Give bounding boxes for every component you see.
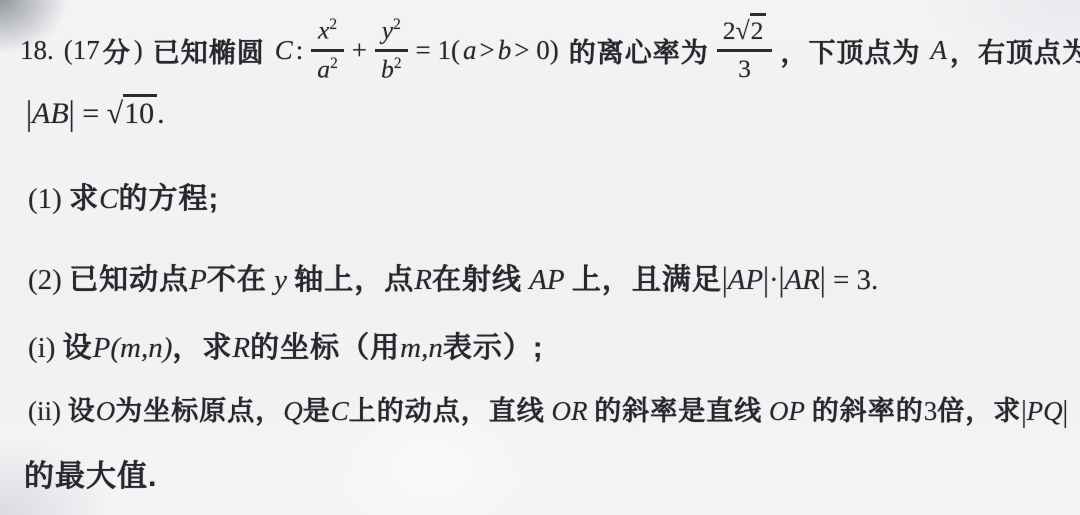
text-let: 设 xyxy=(63,332,93,364)
var-C: C xyxy=(275,35,293,66)
text-satisfies: 上，且满足 xyxy=(572,264,722,296)
text-eccentricity: 的离心率为 xyxy=(569,31,709,70)
text-lower-vertex: ，下顶点为 xyxy=(780,31,920,70)
period: . xyxy=(157,97,165,130)
var-a: a xyxy=(463,35,477,66)
abs-bar: | xyxy=(1063,394,1068,430)
text-right-vertex: ，右顶点为 xyxy=(950,31,1080,70)
max-value-line: 的最大值. xyxy=(24,451,157,495)
text-slope-is: 的斜率是直线 xyxy=(594,396,762,426)
equals-three: = 3. xyxy=(833,264,878,296)
segment-AP: AP xyxy=(529,264,564,296)
text-axis-point: 轴上，点 xyxy=(294,264,414,296)
var-P: P xyxy=(189,264,207,296)
var-b: b xyxy=(498,35,512,66)
part-1-label: (1) xyxy=(28,183,62,215)
fraction-y2-b2: y2 b2 xyxy=(375,17,408,83)
text-find-coords: ，求 xyxy=(172,332,232,364)
text-moving-point: 已知动点 xyxy=(69,264,189,296)
radical-sign: √ xyxy=(107,97,123,130)
text-let: 设 xyxy=(68,396,96,426)
text-express: 表示）; xyxy=(443,332,544,364)
part-2-label: (2) xyxy=(28,264,62,296)
score-unit: 分 xyxy=(103,31,131,70)
fraction-denominator: b2 xyxy=(375,49,408,83)
abs-bar: | xyxy=(779,262,785,300)
var-R: R xyxy=(414,264,432,296)
number-three: 3 xyxy=(924,396,938,426)
score-close-paren: ) xyxy=(134,35,143,66)
score-open-paren: (17 xyxy=(64,35,100,66)
fraction-eccentricity: 2√2 3 xyxy=(717,18,773,83)
colon: : xyxy=(296,35,304,66)
text-moving-point-line: 上的动点，直线 xyxy=(349,396,545,426)
abs-bar: | xyxy=(820,262,826,300)
vars-mn: m,n xyxy=(400,332,443,364)
text-known-ellipse: 已知椭圆 xyxy=(153,31,265,70)
fraction-denominator: 3 xyxy=(717,49,773,83)
segment-AR: AR xyxy=(784,264,819,296)
equals-sign: = xyxy=(82,97,99,130)
exam-problem-page: 18. (17 分 ) 已知椭圆 C : x2 a2 + y2 b2 = 1( … xyxy=(0,0,1080,515)
abs-bar: | xyxy=(1021,394,1026,430)
fraction-denominator: a2 xyxy=(311,49,344,83)
ab-length-line: |AB| = √10. xyxy=(26,97,165,131)
abs-bar: | xyxy=(26,94,32,133)
text-find: 求 xyxy=(69,183,99,215)
abs-bar: | xyxy=(69,94,75,133)
text-is: 是 xyxy=(303,396,331,426)
text-times-find: 倍，求 xyxy=(937,396,1021,426)
line-OP: OP xyxy=(769,396,805,426)
line-OR: OR xyxy=(552,396,588,426)
var-C: C xyxy=(99,183,118,215)
equals-one-open: = 1( xyxy=(416,35,460,66)
plus-sign: + xyxy=(352,35,367,66)
radicand-10: 10 xyxy=(123,94,157,130)
var-y: y xyxy=(274,264,287,296)
abs-bar: | xyxy=(763,262,769,300)
point-P-mn: P(m,n) xyxy=(93,332,173,364)
greater-than-zero-close: > 0) xyxy=(514,35,558,66)
segment-PQ: PQ xyxy=(1027,396,1063,426)
fraction-numerator: 2√2 xyxy=(717,18,773,49)
text-origin: 为坐标原点， xyxy=(115,396,283,426)
part-2-line: (2) 已知动点P不在 y 轴上，点R在射线 AP 上，且满足|AP|·|AR|… xyxy=(28,257,878,298)
fraction-x2-a2: x2 a2 xyxy=(311,17,344,83)
part-2ii-line: (ii) 设O为坐标原点，Q是C上的动点，直线 OR 的斜率是直线 OP 的斜率… xyxy=(28,389,1068,428)
text-not-on: 不在 xyxy=(207,264,267,296)
abs-bar: | xyxy=(722,262,728,300)
radical-sign: √ xyxy=(736,16,750,45)
part-2i-label: (i) xyxy=(28,332,55,364)
var-O: O xyxy=(96,396,116,426)
var-R: R xyxy=(232,332,250,364)
greater-than-1: > xyxy=(480,35,495,66)
var-C: C xyxy=(331,396,349,426)
var-Q: Q xyxy=(283,396,303,426)
text-coords-using: 的坐标（用 xyxy=(250,332,400,364)
var-A: A xyxy=(930,35,947,66)
part-2i-line: (i) 设P(m,n)，求R的坐标（用m,n表示）; xyxy=(28,325,544,366)
text-slope-of: 的斜率的 xyxy=(812,396,924,426)
segment-AB: AB xyxy=(32,97,69,130)
fraction-numerator: y2 xyxy=(375,17,408,48)
part-1-line: (1) 求C的方程; xyxy=(28,176,219,217)
problem-stem-line: 18. (17 分 ) 已知椭圆 C : x2 a2 + y2 b2 = 1( … xyxy=(20,4,1080,96)
segment-AP: AP xyxy=(728,264,763,296)
text-equation: 的方程; xyxy=(118,183,219,215)
part-2ii-label: (ii) xyxy=(28,396,61,426)
fraction-numerator: x2 xyxy=(311,17,344,48)
text-maximum-value: 的最大值. xyxy=(24,460,157,493)
problem-number: 18. xyxy=(20,35,54,66)
text-on-ray: 在射线 xyxy=(432,264,522,296)
multiply-dot: · xyxy=(769,264,779,296)
